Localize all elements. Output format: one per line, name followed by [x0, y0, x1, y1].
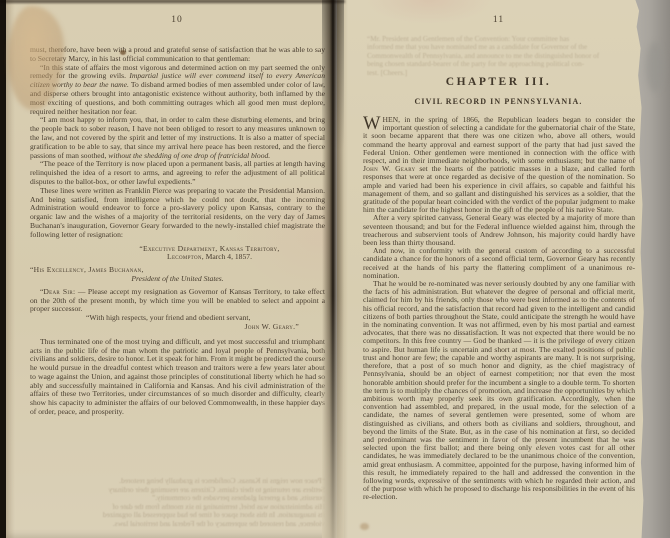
bleedthrough-line: its inauguration. In this short space of… — [30, 511, 325, 520]
paragraph-quote: “The peace of the Territory is now place… — [30, 160, 325, 186]
bleedthrough-line: “Peace now reigns in Kansas. Confidence … — [30, 477, 325, 486]
left-page-text: must, therefore, have been with a proud … — [30, 46, 325, 417]
bleedthrough-text-left: “Peace now reigns in Kansas. Confidence … — [30, 477, 325, 529]
bleedthrough-line: Commonwealth of Pennsylvania, and announ… — [367, 52, 638, 60]
left-page: 10 must, therefore, have been with a pro… — [6, 0, 332, 538]
bleedthrough-line: being chosen standard-bearer of the part… — [367, 60, 638, 68]
paragraph-dropcap: WHEN, in the spring of 1866, the Republi… — [363, 116, 635, 214]
bleedthrough-line: “Mr. President and Gentlemen of the Conv… — [367, 35, 638, 43]
bleedthrough-line: violence, and restored the supremacy of … — [30, 520, 325, 529]
paragraph: That he would be re-nominated was never … — [363, 280, 635, 501]
bleedthrough-line: pursuits, and a general gladness pervade… — [30, 494, 325, 503]
paragraph-quote: “I am most happy to inform you, that, in… — [30, 116, 325, 160]
paragraph-continuation: must, therefore, have been with a proud … — [30, 46, 325, 64]
letter-body: “Dear Sir: — Please accept my resignatio… — [30, 288, 325, 314]
bleedthrough-line: informed me that you have nominated me a… — [367, 43, 638, 51]
bleedthrough-line: Settlers are returning to their claims. … — [30, 486, 325, 495]
scan-top-shadow — [0, 0, 345, 3]
book-gutter-shadow — [322, 0, 344, 538]
bleedthrough-text-right: “Mr. President and Gentlemen of the Conv… — [367, 35, 638, 77]
letter-addressee-title: President of the United States. — [30, 275, 325, 284]
stain-bottom — [360, 523, 369, 530]
bleedthrough-line: His administration was brief, terminatin… — [30, 503, 325, 512]
page-number-right: 11 — [361, 15, 636, 25]
letter-dateline: Lecompton, March 4, 1857. — [30, 253, 325, 262]
letter-signature: John W. Geary.” — [30, 323, 325, 332]
chapter-subheading: CIVIL RECORD IN PENNSYLVANIA. — [363, 97, 634, 106]
page-number-left: 10 — [30, 15, 324, 25]
chapter-heading: CHAPTER III. — [363, 76, 634, 88]
paragraph-quote: “In this state of affairs the most vigor… — [30, 64, 325, 117]
paragraph: Thus terminated one of the most trying a… — [30, 338, 325, 417]
paragraph: These lines were written as Franklin Pie… — [30, 187, 325, 240]
paragraph: And now, in conformity with the general … — [363, 247, 635, 280]
ink-spot — [120, 50, 126, 55]
stain-right-margin — [646, 42, 664, 92]
paragraph: After a very spirited canvass, General G… — [363, 214, 635, 247]
book-scan: 10 must, therefore, have been with a pro… — [0, 0, 670, 538]
right-page-text: WHEN, in the spring of 1866, the Republi… — [363, 116, 635, 502]
right-page: 11 “Mr. President and Gentlemen of the C… — [337, 0, 644, 538]
